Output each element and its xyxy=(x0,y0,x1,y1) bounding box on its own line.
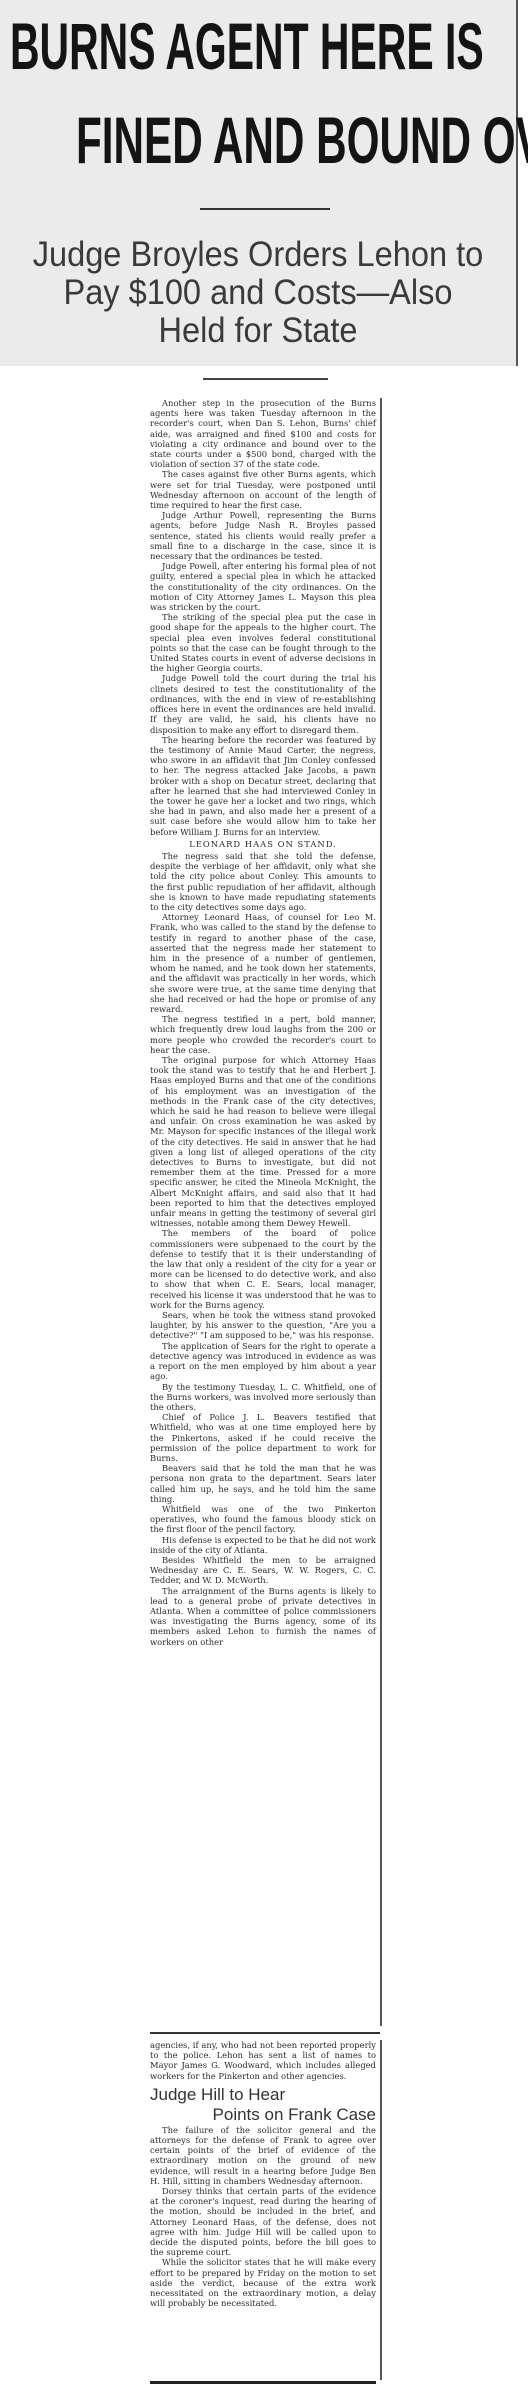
paragraph: The hearing before the recorder was feat… xyxy=(150,735,376,837)
column-break-rule xyxy=(150,2032,380,2034)
headline-line-1: BURNS AGENT HERE IS xyxy=(10,8,484,84)
deck-line-2: Pay $100 and Costs—Also xyxy=(18,274,498,312)
deck-line-1: Judge Broyles Orders Lehon to xyxy=(18,236,498,274)
paragraph: Besides Whitfield the men to be arraigne… xyxy=(150,1555,376,1586)
paragraph: The members of the board of police commi… xyxy=(150,1228,376,1310)
deck-divider xyxy=(203,378,328,380)
bottom-rule xyxy=(150,2381,376,2384)
article-body-part-1: Another step in the prosecution of the B… xyxy=(150,398,376,837)
paragraph: The application of Sears for the right t… xyxy=(150,1341,376,1382)
article-column: Another step in the prosecution of the B… xyxy=(150,398,382,2026)
paragraph: The arraignment of the Burns agents is l… xyxy=(150,1586,376,1647)
article-subheading: LEONARD HAAS ON STAND. xyxy=(150,839,376,849)
paragraph: The striking of the special plea put the… xyxy=(150,612,376,673)
paragraph: Sears, when he took the witness stand pr… xyxy=(150,1310,376,1341)
paragraph: Whitfield was one of the two Pinkerton o… xyxy=(150,1504,376,1535)
second-story-body: The failure of the solicitor general and… xyxy=(150,2125,376,2309)
second-story-headline-line-2: Points on Frank Case xyxy=(150,2105,376,2125)
paragraph: Dorsey thinks that certain parts of the … xyxy=(150,2186,376,2257)
continuation-column: agencies, if any, who had not been repor… xyxy=(150,2040,382,2380)
paragraph: Another step in the prosecution of the B… xyxy=(150,398,376,469)
deck-headline: Judge Broyles Orders Lehon to Pay $100 a… xyxy=(0,236,516,350)
paragraph: While the solicitor states that he will … xyxy=(150,2257,376,2308)
paragraph: By the testimony Tuesday, L. C. Whitfiel… xyxy=(150,1382,376,1413)
paragraph: Judge Powell, after entering his formal … xyxy=(150,561,376,612)
deck-line-3: Held for State xyxy=(18,312,498,350)
paragraph: The original purpose for which Attorney … xyxy=(150,1055,376,1228)
paragraph: Attorney Leonard Haas, of counsel for Le… xyxy=(150,912,376,1014)
paragraph: Beavers said that he told the man that h… xyxy=(150,1463,376,1504)
paragraph: The negress testified in a pert, bold ma… xyxy=(150,1014,376,1055)
paragraph: Chief of Police J. L. Beavers testified … xyxy=(150,1412,376,1463)
paragraph: Judge Arthur Powell, representing the Bu… xyxy=(150,510,376,561)
article-body-part-2: The negress said that she told the defen… xyxy=(150,851,376,1647)
second-story-headline-line-1: Judge Hill to Hear xyxy=(150,2085,376,2105)
headline-line-2: FINED AND BOUND OVER xyxy=(76,102,528,178)
headline-divider xyxy=(200,208,330,210)
article-continuation: agencies, if any, who had not been repor… xyxy=(150,2040,376,2081)
paragraph: His defense is expected to be that he di… xyxy=(150,1535,376,1555)
paragraph: The negress said that she told the defen… xyxy=(150,851,376,912)
headline-block: BURNS AGENT HERE IS FINED AND BOUND OVER… xyxy=(0,0,518,366)
paragraph: The failure of the solicitor general and… xyxy=(150,2125,376,2186)
paragraph: Judge Powell told the court during the t… xyxy=(150,673,376,734)
paragraph: The cases against five other Burns agent… xyxy=(150,469,376,510)
